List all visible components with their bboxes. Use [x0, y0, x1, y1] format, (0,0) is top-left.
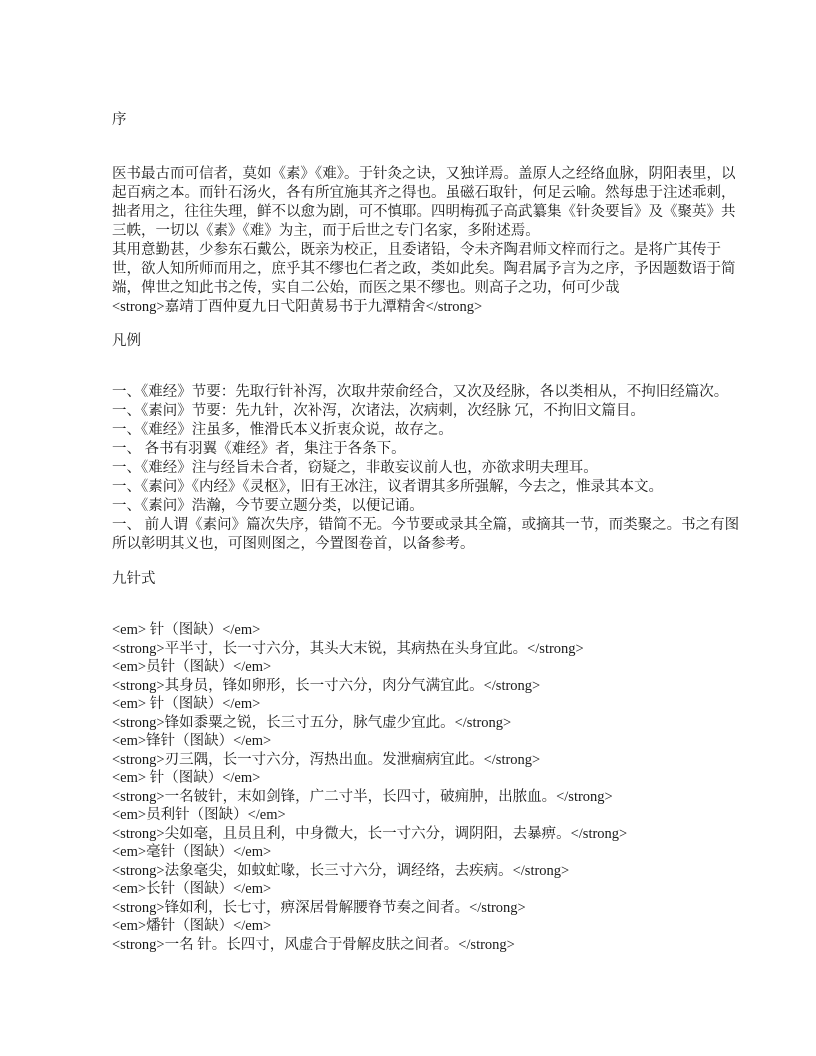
- jiuzhen-line: <strong>其身员，锋如卵形，长一寸六分，肉分气满宜此。</strong>: [112, 677, 745, 696]
- jiuzhen-line: <em>燔针（图缺）</em>: [112, 917, 745, 936]
- fanli-item: 一、《难经》注与经旨未合者，窃疑之，非敢妄议前人也，亦欲求明夫理耳。: [112, 459, 745, 478]
- jiuzhen-line: <em>锋针（图缺）</em>: [112, 732, 745, 751]
- jiuzhen-line: <em>员针（图缺）</em>: [112, 658, 745, 677]
- document-content: 序 医书最古而可信者，莫如《素》《难》。于针灸之诀，又独详焉。盖原人之经络血脉，…: [0, 0, 816, 954]
- fanli-item: 一、 前人谓《素问》篇次失序，错简不无。今节要或录其全篇，或摘其一节，而类聚之。…: [112, 516, 745, 554]
- preface-paragraph: 医书最古而可信者，莫如《素》《难》。于针灸之诀，又独详焉。盖原人之经络血脉，阴阳…: [112, 165, 745, 241]
- preface-paragraphs: 医书最古而可信者，莫如《素》《难》。于针灸之诀，又独详焉。盖原人之经络血脉，阴阳…: [112, 165, 745, 317]
- jiuzhen-line: <em>长针（图缺）</em>: [112, 880, 745, 899]
- jiuzhen-line: <strong>尖如毫，且员且利，中身微大，长一寸六分，调阴阳，去暴痹。</st…: [112, 825, 745, 844]
- jiuzhen-line: <em>员利针（图缺）</em>: [112, 806, 745, 825]
- jiuzhen-line: <strong>法象毫尖，如蚊虻喙，长三寸六分，调经络，去疾病。</strong…: [112, 862, 745, 881]
- section-heading-preface: 序: [112, 111, 745, 130]
- section-heading-fanli: 凡例: [112, 332, 745, 351]
- fanli-item: 一、《素问》节要：先九针，次补泻，次诸法，次病刺，次经脉 冗，不拘旧文篇目。: [112, 402, 745, 421]
- jiuzhen-line: <em> 针（图缺）</em>: [112, 621, 745, 640]
- fanli-item: 一、 各书有羽翼《难经》者，集注于各条下。: [112, 440, 745, 459]
- preface-paragraph: 其用意勤甚，少参东石戴公，既亲为校正，且委诸铅，令未齐陶君师文梓而行之。是将广其…: [112, 241, 745, 298]
- fanli-item: 一、《素问》《内经》《灵枢》，旧有王冰注，议者谓其多所强解，今去之，惟录其本文。: [112, 478, 745, 497]
- fanli-item: 一、《难经》注虽多，惟滑氏本义折衷众说，故存之。: [112, 421, 745, 440]
- fanli-item: 一、《难经》节要：先取行针补泻，次取井荥俞经合，又次及经脉，各以类相从，不拘旧经…: [112, 383, 745, 402]
- document-page: 序 医书最古而可信者，莫如《素》《难》。于针灸之诀，又独详焉。盖原人之经络血脉，…: [0, 0, 816, 1056]
- fanli-items: 一、《难经》节要：先取行针补泻，次取井荥俞经合，又次及经脉，各以类相从，不拘旧经…: [112, 383, 745, 554]
- jiuzhen-line: <strong>锋如利，长七寸，痹深居骨解腰脊节奏之间者。</strong>: [112, 899, 745, 918]
- jiuzhen-line: <em> 针（图缺）</em>: [112, 769, 745, 788]
- jiuzhen-line: <strong>一名 针。长四寸，风虚合于骨解皮肤之间者。</strong>: [112, 936, 745, 955]
- jiuzhen-line: <strong>平半寸，长一寸六分，其头大末锐，其病热在头身宜此。</stron…: [112, 640, 745, 659]
- jiuzhen-lines: <em> 针（图缺）</em><strong>平半寸，长一寸六分，其头大末锐，其…: [112, 621, 745, 954]
- jiuzhen-line: <em> 针（图缺）</em>: [112, 695, 745, 714]
- jiuzhen-line: <strong>锋如黍粟之锐，长三寸五分，脉气虚少宜此。</strong>: [112, 714, 745, 733]
- jiuzhen-line: <em>毫针（图缺）</em>: [112, 843, 745, 862]
- fanli-item: 一、《素问》浩瀚，今节要立题分类，以便记诵。: [112, 497, 745, 516]
- preface-paragraph: <strong>嘉靖丁酉仲夏九日弋阳黄易书于九潭精舍</strong>: [112, 298, 745, 317]
- section-heading-jiuzhen: 九针式: [112, 570, 745, 589]
- jiuzhen-line: <strong>一名铍针，末如剑锋，广二寸半，长四寸，破痈肿，出脓血。</str…: [112, 788, 745, 807]
- jiuzhen-line: <strong>刃三隅，长一寸六分，泻热出血。发泄痼病宜此。</strong>: [112, 751, 745, 770]
